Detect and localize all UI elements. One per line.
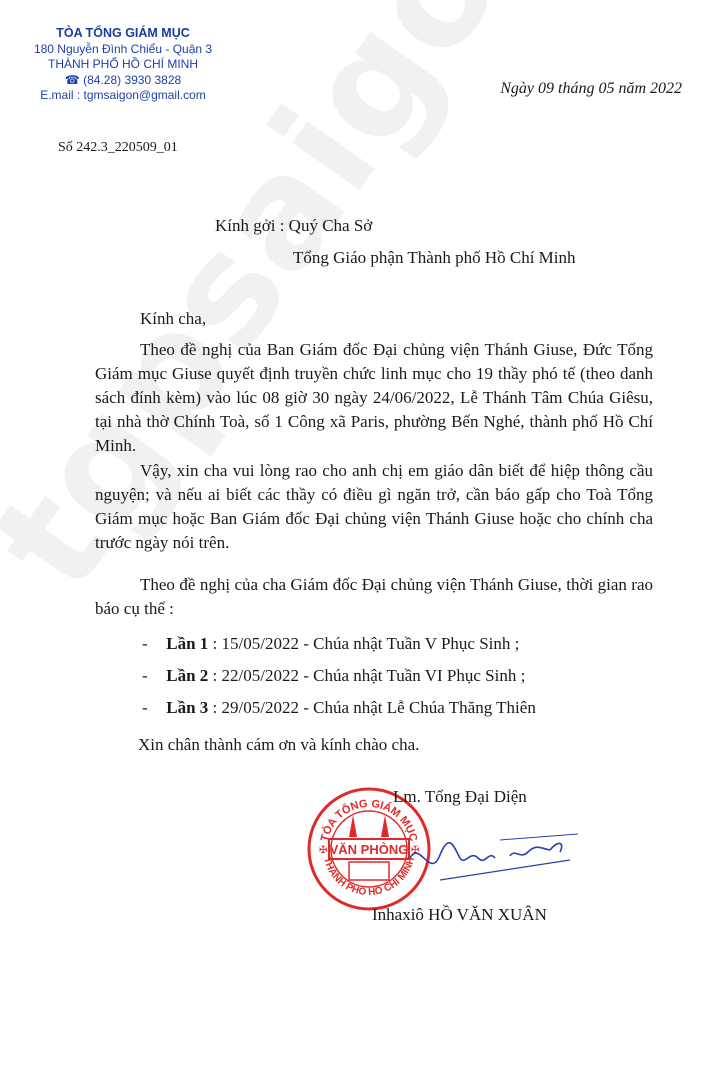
schedule-label: Lần 2 [166, 666, 208, 685]
closing-line: Xin chân thành cám ơn và kính chào cha. [138, 735, 419, 755]
salutation: Kính cha, [140, 307, 698, 331]
paragraph-text: Theo đề nghị của Ban Giám đốc Đại chủng … [95, 340, 653, 455]
svg-text:✠: ✠ [319, 845, 327, 856]
schedule-text: : 22/05/2022 - Chúa nhật Tuần VI Phục Si… [208, 666, 525, 685]
document-date: Ngày 09 tháng 05 năm 2022 [500, 80, 682, 98]
paragraph: Theo đề nghị của cha Giám đốc Đại chủng … [95, 573, 653, 621]
email: E.mail : tgmsaigon@gmail.com [18, 88, 228, 104]
paragraph-text: Theo đề nghị của cha Giám đốc Đại chủng … [95, 575, 653, 618]
paragraph: Theo đề nghị của Ban Giám đốc Đại chủng … [95, 338, 653, 458]
city: THÀNH PHỐ HỒ CHÍ MINH [18, 57, 228, 73]
recipient-block: Kính gởi : Quý Cha Sở Tổng Giáo phận Thà… [215, 210, 576, 274]
address: 180 Nguyễn Đình Chiểu - Quận 3 [18, 42, 228, 58]
paragraph: Vậy, xin cha vui lòng rao cho anh chị em… [95, 459, 653, 555]
schedule-text: : 15/05/2022 - Chúa nhật Tuần V Phục Sin… [208, 634, 519, 653]
paragraph-text: Vậy, xin cha vui lòng rao cho anh chị em… [95, 461, 653, 552]
list-item: - Lần 2 : 22/05/2022 - Chúa nhật Tuần VI… [142, 660, 536, 692]
schedule-label: Lần 1 [166, 634, 208, 653]
schedule-label: Lần 3 [166, 698, 208, 717]
signer-title: Lm. Tổng Đại Diện [393, 787, 527, 807]
schedule-text: : 29/05/2022 - Chúa nhật Lễ Chúa Thăng T… [208, 698, 536, 717]
announcement-schedule: - Lần 1 : 15/05/2022 - Chúa nhật Tuần V … [142, 628, 536, 724]
reference-number: Số 242.3_220509_01 [58, 140, 178, 156]
stamp-center-text: VĂN PHÒNG [330, 842, 409, 857]
letterhead: TÒA TỔNG GIÁM MỤC 180 Nguyễn Đình Chiểu … [18, 26, 228, 104]
recipient-line-2: Tổng Giáo phận Thành phố Hồ Chí Minh [215, 242, 576, 274]
organization-name: TÒA TỔNG GIÁM MỤC [18, 26, 228, 42]
phone: ☎ (84.28) 3930 3828 [18, 73, 228, 89]
signer-name: Inhaxiô HỒ VĂN XUÂN [372, 905, 547, 925]
list-item: - Lần 1 : 15/05/2022 - Chúa nhật Tuần V … [142, 628, 536, 660]
recipient-line-1: Kính gởi : Quý Cha Sở [215, 210, 576, 242]
list-item: - Lần 3 : 29/05/2022 - Chúa nhật Lễ Chúa… [142, 692, 536, 724]
signature-icon [400, 820, 580, 890]
